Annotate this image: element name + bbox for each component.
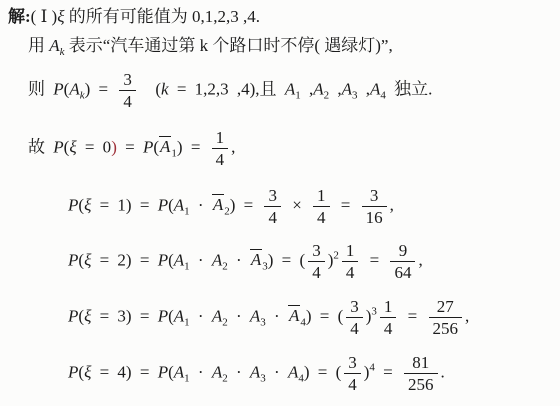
xi-symbol: ξ [69, 137, 76, 156]
line-xi-2: P(ξ = 2) = P(A1 · A2 · A3) = (34)214 = 9… [68, 241, 423, 282]
overline-A: A [159, 136, 171, 156]
close-paren-equals: ) = [177, 137, 209, 156]
equals-sign: = [117, 137, 143, 156]
symbol-A: A [212, 250, 222, 269]
fraction-27-256: 27256 [429, 297, 463, 338]
comma: , [301, 79, 314, 98]
symbol-P: P [143, 137, 153, 156]
fraction-numerator: 81 [404, 353, 438, 373]
comma: , [390, 195, 394, 214]
close-paren-equals: ) = [304, 362, 336, 381]
fraction-3-4: 34 [264, 186, 281, 227]
symbol-A: A [174, 362, 184, 381]
fraction-numerator: 3 [264, 186, 281, 206]
fraction-numerator: 3 [119, 70, 136, 90]
symbol-A: A [49, 36, 59, 55]
fraction-denominator: 256 [404, 373, 438, 394]
event-description-text: 表示“汽车通过第 k 个路口时不停( 遇绿灯)”, [65, 36, 393, 55]
fraction-1-4: 14 [342, 241, 359, 282]
dot-operator: · [228, 362, 250, 381]
fraction-numerator: 9 [390, 241, 415, 261]
fraction-3-4: 34 [344, 353, 361, 394]
k-range-and: = 1,2,3 ,4),且 [169, 79, 285, 98]
symbol-A: A [285, 79, 295, 98]
dot-operator: · [190, 306, 212, 325]
times-sign: × [284, 195, 310, 214]
equals-zero: = 0 [77, 137, 112, 156]
symbol-A: A [69, 79, 79, 98]
comma: , [418, 250, 422, 269]
dot-operator: · [228, 306, 250, 325]
fraction-numerator: 1 [212, 128, 229, 148]
fraction-1-4: 14 [380, 297, 397, 338]
symbol-A: A [174, 195, 184, 214]
fraction-numerator: 27 [429, 297, 463, 317]
symbol-A: A [212, 362, 222, 381]
period: . [441, 362, 445, 381]
symbol-A-bar: A [160, 137, 170, 156]
use-text: 用 [28, 36, 49, 55]
symbol-A: A [174, 306, 184, 325]
symbol-P: P [158, 306, 168, 325]
fraction-numerator: 1 [380, 297, 397, 317]
dot-operator: · [266, 306, 288, 325]
symbol-A: A [370, 79, 380, 98]
overline-A: A [288, 305, 300, 325]
close-paren-equals: ) = [306, 306, 338, 325]
fraction-denominator: 4 [344, 373, 361, 394]
equals-one: = 1) = [91, 195, 157, 214]
symbol-A: A [250, 362, 260, 381]
exponent-2: 2 [333, 249, 339, 261]
equals-three: = 3) = [91, 306, 157, 325]
open-paren: ( [300, 250, 306, 269]
equals-two: = 2) = [91, 250, 157, 269]
symbol-P: P [53, 79, 63, 98]
open-paren: ( [336, 362, 342, 381]
symbol-P: P [53, 137, 63, 156]
fraction-denominator: 256 [429, 317, 463, 338]
fraction-numerator: 1 [342, 241, 359, 261]
fraction-denominator: 4 [313, 206, 330, 227]
close-paren-equals: ) = [85, 79, 117, 98]
symbol-A: A [342, 79, 352, 98]
dot-operator: · [190, 362, 212, 381]
line-xi-1: P(ξ = 1) = P(A1 · A2) = 34 × 14 = 316, [68, 186, 394, 227]
equals-four: = 4) = [91, 362, 157, 381]
then-text: 则 [28, 79, 53, 98]
symbol-P: P [158, 362, 168, 381]
xi-symbol: ξ [57, 7, 64, 26]
k-range-open: ( [139, 79, 161, 98]
fraction-81-256: 81256 [404, 353, 438, 394]
close-paren-equals: ) = [268, 250, 300, 269]
fraction-denominator: 4 [308, 261, 325, 282]
fraction-denominator: 4 [346, 317, 363, 338]
line-xi-3: P(ξ = 3) = P(A1 · A2 · A3 · A4) = (34)31… [68, 297, 469, 338]
symbol-P: P [68, 195, 78, 214]
fraction-denominator: 16 [362, 206, 387, 227]
fraction-denominator: 4 [212, 148, 229, 169]
symbol-P: P [68, 362, 78, 381]
dot-operator: · [266, 362, 288, 381]
line-probability-Ak: 则 P(Ak) = 34 (k = 1,2,3 ,4),且 A1 ,A2 ,A3… [28, 70, 432, 111]
fraction-3-4: 34 [346, 297, 363, 338]
fraction-numerator: 3 [346, 297, 363, 317]
dot-operator: · [190, 250, 212, 269]
fraction-3-16: 316 [362, 186, 387, 227]
fraction-denominator: 4 [380, 317, 397, 338]
symbol-A-bar: A [289, 306, 299, 325]
fraction-3-4: 34 [119, 70, 136, 111]
comma: , [329, 79, 342, 98]
symbol-P: P [68, 306, 78, 325]
therefore-text: 故 [28, 137, 53, 156]
symbol-A: A [212, 306, 222, 325]
fraction-numerator: 3 [308, 241, 325, 261]
symbol-A-bar: A [251, 250, 261, 269]
dot-operator: · [228, 250, 250, 269]
fraction-1-4: 14 [313, 186, 330, 227]
close-paren-equals: ) = [230, 195, 262, 214]
open-paren: ( [338, 306, 344, 325]
symbol-P: P [158, 250, 168, 269]
fraction-9-64: 964 [390, 241, 415, 282]
fraction-numerator: 3 [344, 353, 361, 373]
fraction-denominator: 4 [264, 206, 281, 227]
part-number: ( Ⅰ ) [31, 7, 58, 26]
equals-sign: = [361, 250, 387, 269]
line-xi-4: P(ξ = 4) = P(A1 · A2 · A3 · A4) = (34)4 … [68, 353, 445, 394]
fraction-3-4: 34 [308, 241, 325, 282]
symbol-A: A [174, 250, 184, 269]
fraction-numerator: 1 [313, 186, 330, 206]
dot-operator: · [190, 195, 212, 214]
answer-label: 解: [8, 7, 31, 26]
line-xi-0: 故 P(ξ = 0) = P(A1) = 14, [28, 128, 235, 169]
symbol-k: k [161, 79, 169, 98]
fraction-denominator: 64 [390, 261, 415, 282]
overline-A: A [212, 194, 224, 214]
fraction-denominator: 4 [119, 90, 136, 111]
symbol-A-bar: A [213, 195, 223, 214]
math-solution-document: 解:( Ⅰ )ξ 的所有可能值为 0,1,2,3 ,4. 用 Ak 表示“汽车通… [0, 0, 560, 406]
independent-text: 独立. [386, 79, 433, 98]
exponent-3: 3 [371, 305, 377, 317]
comma: , [231, 137, 235, 156]
overline-A: A [250, 249, 262, 269]
equals-sign: = [375, 362, 401, 381]
symbol-A: A [288, 362, 298, 381]
fraction-numerator: 3 [362, 186, 387, 206]
equals-sign: = [399, 306, 425, 325]
comma: , [465, 306, 469, 325]
line-event-definition: 用 Ak 表示“汽车通过第 k 个路口时不停( 遇绿灯)”, [28, 35, 393, 59]
fraction-1-4: 14 [212, 128, 229, 169]
line-possible-values: 解:( Ⅰ )ξ 的所有可能值为 0,1,2,3 ,4. [8, 6, 260, 28]
symbol-A: A [250, 306, 260, 325]
equals-sign: = [333, 195, 359, 214]
comma: , [357, 79, 370, 98]
symbol-A: A [313, 79, 323, 98]
symbol-P: P [68, 250, 78, 269]
possible-values-text: 的所有可能值为 0,1,2,3 ,4. [65, 7, 261, 26]
fraction-denominator: 4 [342, 261, 359, 282]
symbol-P: P [158, 195, 168, 214]
